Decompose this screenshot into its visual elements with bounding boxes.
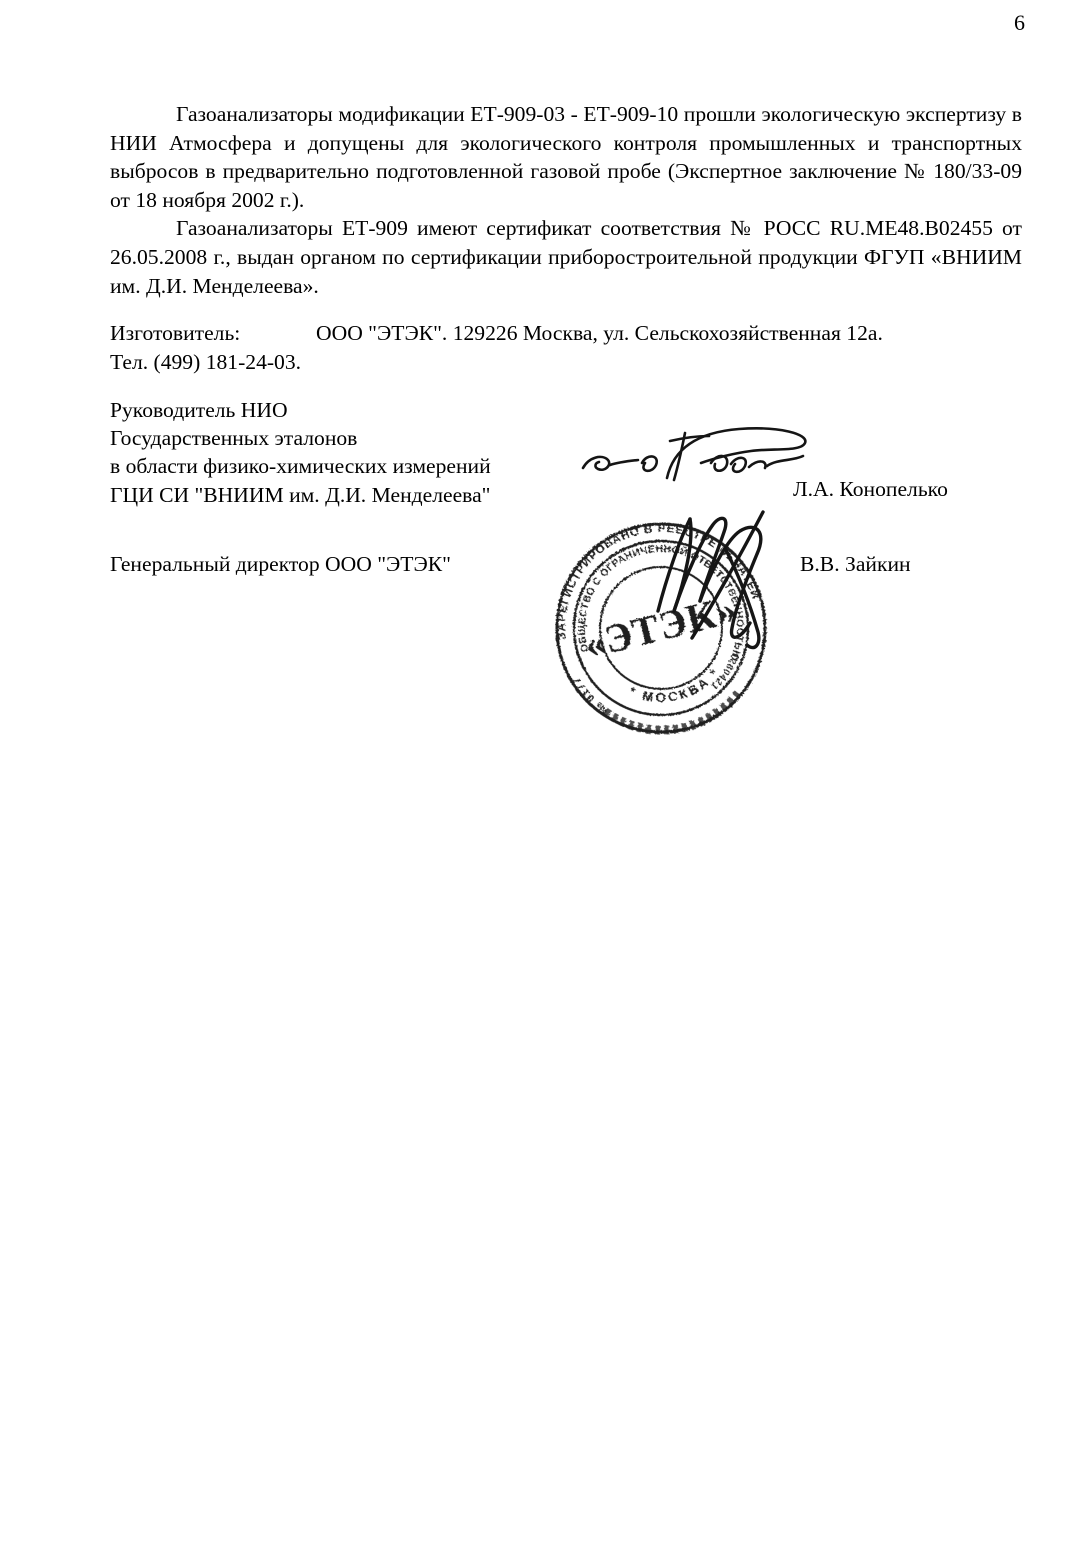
manufacturer-label: Изготовитель: xyxy=(110,319,316,348)
signatory-2-title: Генеральный директор ООО "ЭТЭК" xyxy=(110,552,451,577)
signature-konopelko-ink xyxy=(575,422,825,488)
signatory-1-title-line: Руководитель НИО xyxy=(110,396,491,424)
manufacturer-address: ООО "ЭТЭК". 129226 Москва, ул. Сельскохо… xyxy=(316,319,883,348)
signatory-1-name: Л.А. Конопелько xyxy=(793,477,948,502)
signatory-1-title-line: в области физико-химических измерений xyxy=(110,452,491,480)
signatory-1-title: Руководитель НИО Государственных эталоно… xyxy=(110,396,491,509)
document-page: 6 Газоанализаторы модификации ЕТ-909-03 … xyxy=(0,0,1086,1560)
signatory-2-name: В.В. Зайкин xyxy=(800,552,911,577)
signatory-1-title-line: Государственных эталонов xyxy=(110,424,491,452)
manufacturer-block: Изготовитель: ООО "ЭТЭК". 129226 Москва,… xyxy=(110,319,1022,376)
paragraph-eco-expertise: Газоанализаторы модификации ЕТ-909-03 - … xyxy=(110,100,1022,214)
body-text: Газоанализаторы модификации ЕТ-909-03 - … xyxy=(110,100,1022,300)
signature-zaikin-ink xyxy=(628,506,788,658)
manufacturer-line: Изготовитель: ООО "ЭТЭК". 129226 Москва,… xyxy=(110,319,1022,348)
signatory-1-title-line: ГЦИ СИ "ВНИИМ им. Д.И. Менделеева" xyxy=(110,481,491,509)
manufacturer-phone: Тел. (499) 181-24-03. xyxy=(110,348,1022,377)
page-number: 6 xyxy=(1014,10,1025,36)
paragraph-certificate: Газоанализаторы ЕТ-909 имеют сертификат … xyxy=(110,214,1022,300)
